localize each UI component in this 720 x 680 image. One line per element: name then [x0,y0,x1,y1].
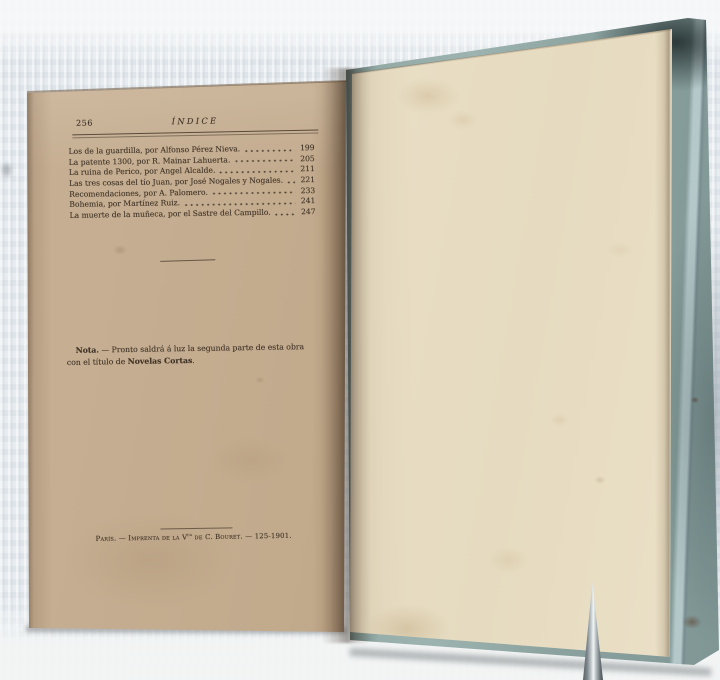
backdrop-smudge [2,164,11,176]
book-photo-scene: 256 ÍNDICE Los de la guardilla, por Alfo… [0,0,720,680]
dot-leader [183,202,295,206]
dot-leader [218,170,295,174]
toc-entry-page: 241 [299,196,315,205]
toc-entry-title: La ruina de Perico, por Angel Alcalde. [69,166,216,177]
toc-entry-page: 221 [299,175,315,184]
toc-entry-title: Recomendaciones, por A. Palomero. [69,187,208,198]
imprint-text-post: de C. Bouret. — 125-1901. [192,532,292,542]
toc-entry-title: Los de la guardilla, por Alfonso Pérez N… [68,144,240,156]
note-label: Nota. [76,345,100,354]
toc-entry-title: La muerte de la muñeca, por el Sastre de… [69,208,270,220]
imprint-line: París. — Imprenta de la Vda de C. Bouret… [69,531,319,543]
section-rule [160,259,215,262]
book-gutter-shadow [322,68,370,643]
note-paragraph: Nota. — Pronto saldrá á luz la segunda p… [67,341,315,368]
page-title: ÍNDICE [72,114,318,128]
toc-entry-page: 247 [299,207,315,216]
toc-entry-page: 199 [298,143,314,152]
toc-entry-page: 205 [299,154,315,163]
dot-leader [286,181,295,184]
dot-leader [211,192,295,196]
imprint-text-pre: París. — Imprenta de la V [96,533,188,542]
toc-entry-page: 211 [299,164,315,173]
printed-index-content: 256 ÍNDICE Los de la guardilla, por Alfo… [62,112,319,568]
note-period: . [192,356,195,365]
table-of-contents: Los de la guardilla, por Alfonso Pérez N… [68,143,315,222]
toc-entry-page: 233 [299,186,315,195]
dot-leader [243,149,294,152]
toc-entry-title: Bohemia, por Martínez Ruiz. [69,199,180,210]
imprint-rule [160,527,232,529]
note-emphasis: Novelas Cortas [128,356,193,366]
dot-leader [274,213,296,216]
toc-entry-title: La patente 1300, por R. Mainar Lahuerta. [69,155,231,167]
dot-leader [233,160,294,163]
header-rule [72,129,318,138]
